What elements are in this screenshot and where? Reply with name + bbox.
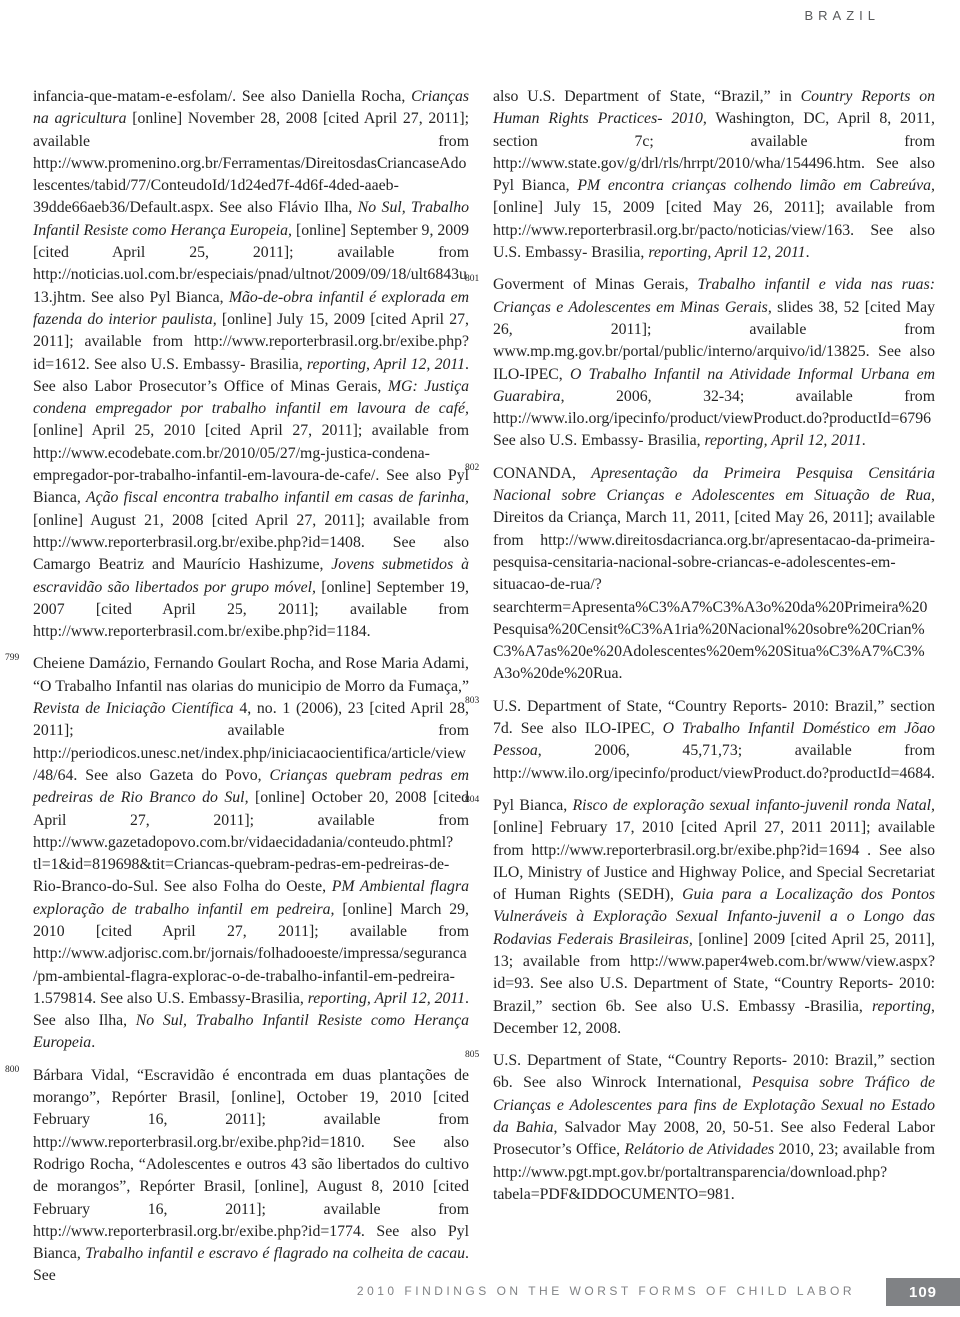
citation-title-text: Revista de Iniciação Científica [33, 700, 234, 717]
citation-text: infancia-que-matam-e-esfolam/. See also … [33, 88, 411, 105]
citation-text: . [91, 1034, 95, 1051]
footnote-800: 800Bárbara Vidal, “Escravidão é encontra… [33, 1065, 469, 1288]
citation-title-text: PM encontra crianças colhendo limão em C… [577, 177, 935, 194]
citation-text: , Direitos da Criança, March 11, 2011, [… [493, 487, 935, 682]
citation-text: Cheiene Damázio, Fernando Goulart Rocha,… [33, 655, 469, 694]
footnote-803: 803U.S. Department of State, “Country Re… [493, 696, 935, 785]
page-number-badge: 109 [886, 1278, 960, 1306]
footnote-799: 799Cheiene Damázio, Fernando Goulart Roc… [33, 653, 469, 1054]
document-page: { "page": { "header": "BRAZIL", "footer_… [0, 0, 960, 1317]
citation-title-text: Ação fiscal encontra trabalho infantil e… [86, 489, 469, 506]
footnote-801: 801Goverment of Minas Gerais, Trabalho i… [493, 274, 935, 452]
footnote-continuation: also U.S. Department of State, “Brazil,”… [493, 86, 935, 264]
citation-text: . [862, 432, 866, 449]
citation-text: . [806, 244, 810, 261]
footnote-number: 805 [465, 1051, 479, 1061]
citation-text: Pyl Bianca, [493, 797, 573, 814]
citation-text: CONANDA, [493, 465, 591, 482]
footnote-number: 800 [5, 1066, 19, 1076]
citation-title-text: reporting [872, 998, 931, 1015]
citation-text: Bárbara Vidal, “Escravidão é encontrada … [33, 1067, 469, 1262]
citation-text: , 2006, 45,71,73; available from http://… [493, 742, 935, 781]
footnote-number: 799 [5, 654, 19, 664]
page-body: infancia-que-matam-e-esfolam/. See also … [33, 86, 935, 1298]
footnote-number: 802 [465, 464, 479, 474]
footnote-continuation: infancia-que-matam-e-esfolam/. See also … [33, 86, 469, 643]
citation-title-text: Risco de exploração sexual infanto-juven… [573, 797, 936, 814]
footnote-804: 804Pyl Bianca, Risco de exploração sexua… [493, 795, 935, 1040]
footnote-805: 805U.S. Department of State, “Country Re… [493, 1050, 935, 1206]
footnote-number: 801 [465, 275, 479, 285]
footer-report-title: 2010 FINDINGS ON THE WORST FORMS OF CHIL… [357, 1284, 855, 1298]
footnote-802: 802CONANDA, Apresentação da Primeira Pes… [493, 463, 935, 686]
column-right: also U.S. Department of State, “Brazil,”… [493, 86, 935, 1298]
footnote-number: 803 [465, 697, 479, 707]
citation-title-text: Trabalho infantil e escravo é flagrado n… [85, 1245, 465, 1262]
column-left: infancia-que-matam-e-esfolam/. See also … [33, 86, 469, 1298]
running-header-country: BRAZIL [804, 8, 880, 23]
citation-text: also U.S. Department of State, “Brazil,”… [493, 88, 801, 105]
citation-title-text: reporting, April 12, 2011 [307, 356, 465, 373]
citation-title-text: reporting, April 12, 2011 [648, 244, 805, 261]
citation-title-text: reporting, April 12, 2011 [704, 432, 861, 449]
citation-text: Goverment of Minas Gerais, [493, 276, 697, 293]
citation-title-text: reporting, April 12, 2011 [308, 990, 465, 1007]
page-footer: 2010 FINDINGS ON THE WORST FORMS OF CHIL… [0, 1276, 960, 1306]
footnote-number: 804 [465, 796, 479, 806]
citation-title-text: Relátorio de Atividades [624, 1141, 774, 1158]
